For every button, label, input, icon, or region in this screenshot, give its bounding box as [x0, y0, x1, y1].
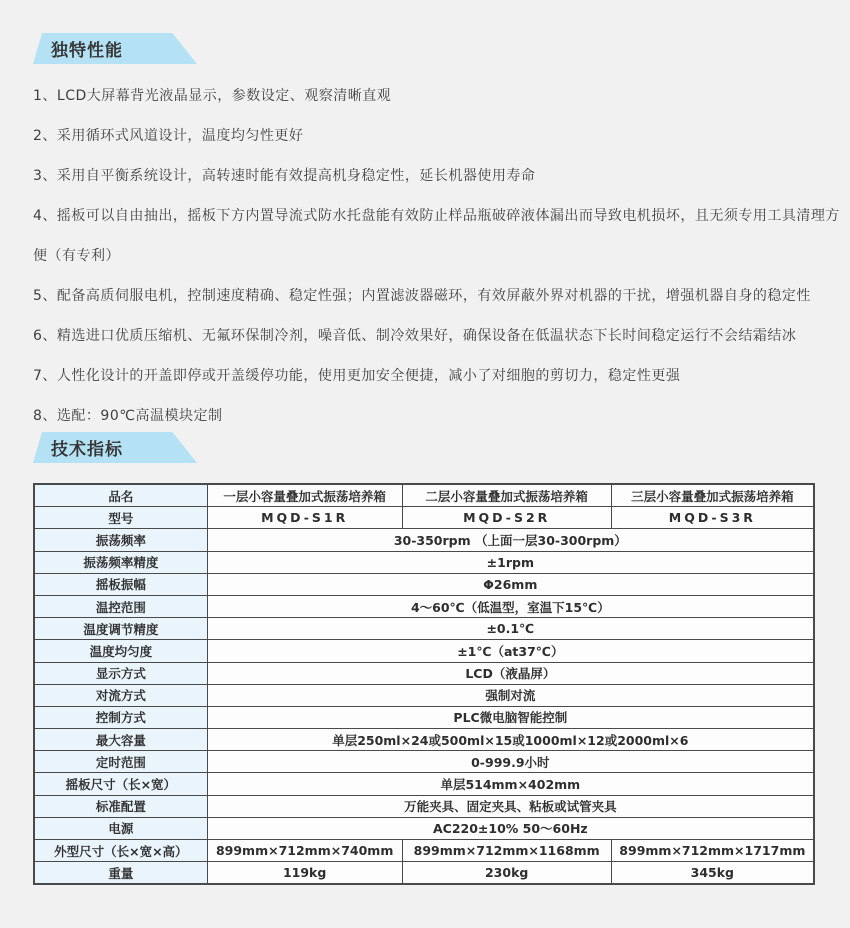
spec-value: MQD-S3R [611, 507, 814, 529]
spec-label: 振荡频率精度 [34, 551, 207, 573]
spec-value: MQD-S2R [402, 507, 611, 529]
spec-label: 振荡频率 [34, 529, 207, 551]
spec-value: 899mm×712mm×740mm [207, 840, 402, 862]
spec-value: Φ26mm [207, 573, 814, 595]
spec-value: 30-350rpm （上面一层30-300rpm） [207, 529, 814, 551]
spec-label: 对流方式 [34, 684, 207, 706]
spec-label: 最大容量 [34, 729, 207, 751]
table-row: 温度均匀度 ±1℃（at37℃） [34, 640, 814, 662]
spec-label: 定时范围 [34, 751, 207, 773]
spec-value: 899mm×712mm×1717mm [611, 840, 814, 862]
spec-label: 外型尺寸（长×宽×高） [34, 840, 207, 862]
table-row: 温度调节精度 ±0.1℃ [34, 618, 814, 640]
spec-value: 4～60℃（低温型，室温下15℃） [207, 595, 814, 617]
table-row: 摇板振幅 Φ26mm [34, 573, 814, 595]
table-row: 重量 119kg 230kg 345kg [34, 862, 814, 885]
spec-label: 控制方式 [34, 706, 207, 728]
table-row: 标准配置 万能夹具、固定夹具、粘板或试管夹具 [34, 795, 814, 817]
spec-value: ±1℃（at37℃） [207, 640, 814, 662]
spec-label: 温度均匀度 [34, 640, 207, 662]
specs-section-title: 技术指标 [51, 435, 123, 460]
spec-label: 重量 [34, 862, 207, 885]
table-row: 振荡频率精度 ±1rpm [34, 551, 814, 573]
spec-table: 品名 一层小容量叠加式振荡培养箱 二层小容量叠加式振荡培养箱 三层小容量叠加式振… [33, 483, 815, 885]
spec-value: 230kg [402, 862, 611, 885]
spec-value: 119kg [207, 862, 402, 885]
spec-label: 电源 [34, 817, 207, 839]
spec-value: AC220±10% 50～60Hz [207, 817, 814, 839]
spec-label: 温度调节精度 [34, 618, 207, 640]
feature-item: 4、摇板可以自由抽出，摇板下方内置导流式防水托盘能有效防止样品瓶破碎液体漏出而导… [33, 196, 842, 276]
table-row: 电源 AC220±10% 50～60Hz [34, 817, 814, 839]
spec-value: 单层250ml×24或500ml×15或1000ml×12或2000ml×6 [207, 729, 814, 751]
spec-value: 二层小容量叠加式振荡培养箱 [402, 484, 611, 507]
specs-section-banner: 技术指标 [33, 432, 197, 463]
table-row: 显示方式 LCD（液晶屏） [34, 662, 814, 684]
table-row: 控制方式 PLC微电脑智能控制 [34, 706, 814, 728]
feature-item: 8、选配：90℃高温模块定制 [33, 396, 842, 436]
spec-label: 品名 [34, 484, 207, 507]
spec-value: MQD-S1R [207, 507, 402, 529]
spec-value: 一层小容量叠加式振荡培养箱 [207, 484, 402, 507]
spec-label: 摇板振幅 [34, 573, 207, 595]
spec-value: LCD（液晶屏） [207, 662, 814, 684]
spec-label: 温控范围 [34, 595, 207, 617]
spec-value: 345kg [611, 862, 814, 885]
features-section-banner: 独特性能 [33, 33, 197, 64]
table-row: 振荡频率 30-350rpm （上面一层30-300rpm） [34, 529, 814, 551]
spec-value: 单层514mm×402mm [207, 773, 814, 795]
spec-value: PLC微电脑智能控制 [207, 706, 814, 728]
spec-value: ±0.1℃ [207, 618, 814, 640]
spec-label: 型号 [34, 507, 207, 529]
spec-label: 标准配置 [34, 795, 207, 817]
table-row: 外型尺寸（长×宽×高） 899mm×712mm×740mm 899mm×712m… [34, 840, 814, 862]
feature-item: 7、人性化设计的开盖即停或开盖缓停功能，使用更加安全便捷，减小了对细胞的剪切力，… [33, 356, 842, 396]
table-row: 摇板尺寸（长×宽） 单层514mm×402mm [34, 773, 814, 795]
spec-value: 三层小容量叠加式振荡培养箱 [611, 484, 814, 507]
table-row: 温控范围 4～60℃（低温型，室温下15℃） [34, 595, 814, 617]
table-row: 型号 MQD-S1R MQD-S2R MQD-S3R [34, 507, 814, 529]
features-section-title: 独特性能 [51, 36, 123, 61]
table-row: 对流方式 强制对流 [34, 684, 814, 706]
table-row: 定时范围 0-999.9小时 [34, 751, 814, 773]
spec-value: 899mm×712mm×1168mm [402, 840, 611, 862]
feature-item: 2、采用循环式风道设计，温度均匀性更好 [33, 116, 842, 156]
table-row: 品名 一层小容量叠加式振荡培养箱 二层小容量叠加式振荡培养箱 三层小容量叠加式振… [34, 484, 814, 507]
spec-value: 0-999.9小时 [207, 751, 814, 773]
feature-item: 1、LCD大屏幕背光液晶显示，参数设定、观察清晰直观 [33, 76, 842, 116]
spec-label: 显示方式 [34, 662, 207, 684]
spec-label: 摇板尺寸（长×宽） [34, 773, 207, 795]
feature-item: 6、精选进口优质压缩机、无氟环保制冷剂，噪音低、制冷效果好，确保设备在低温状态下… [33, 316, 842, 356]
feature-item: 3、采用自平衡系统设计，高转速时能有效提高机身稳定性，延长机器使用寿命 [33, 156, 842, 196]
spec-value: ±1rpm [207, 551, 814, 573]
feature-item: 5、配备高质伺服电机，控制速度精确、稳定性强；内置滤波器磁环，有效屏蔽外界对机器… [33, 276, 842, 316]
spec-value: 强制对流 [207, 684, 814, 706]
table-row: 最大容量 单层250ml×24或500ml×15或1000ml×12或2000m… [34, 729, 814, 751]
feature-list: 1、LCD大屏幕背光液晶显示，参数设定、观察清晰直观 2、采用循环式风道设计，温… [33, 76, 842, 436]
spec-value: 万能夹具、固定夹具、粘板或试管夹具 [207, 795, 814, 817]
